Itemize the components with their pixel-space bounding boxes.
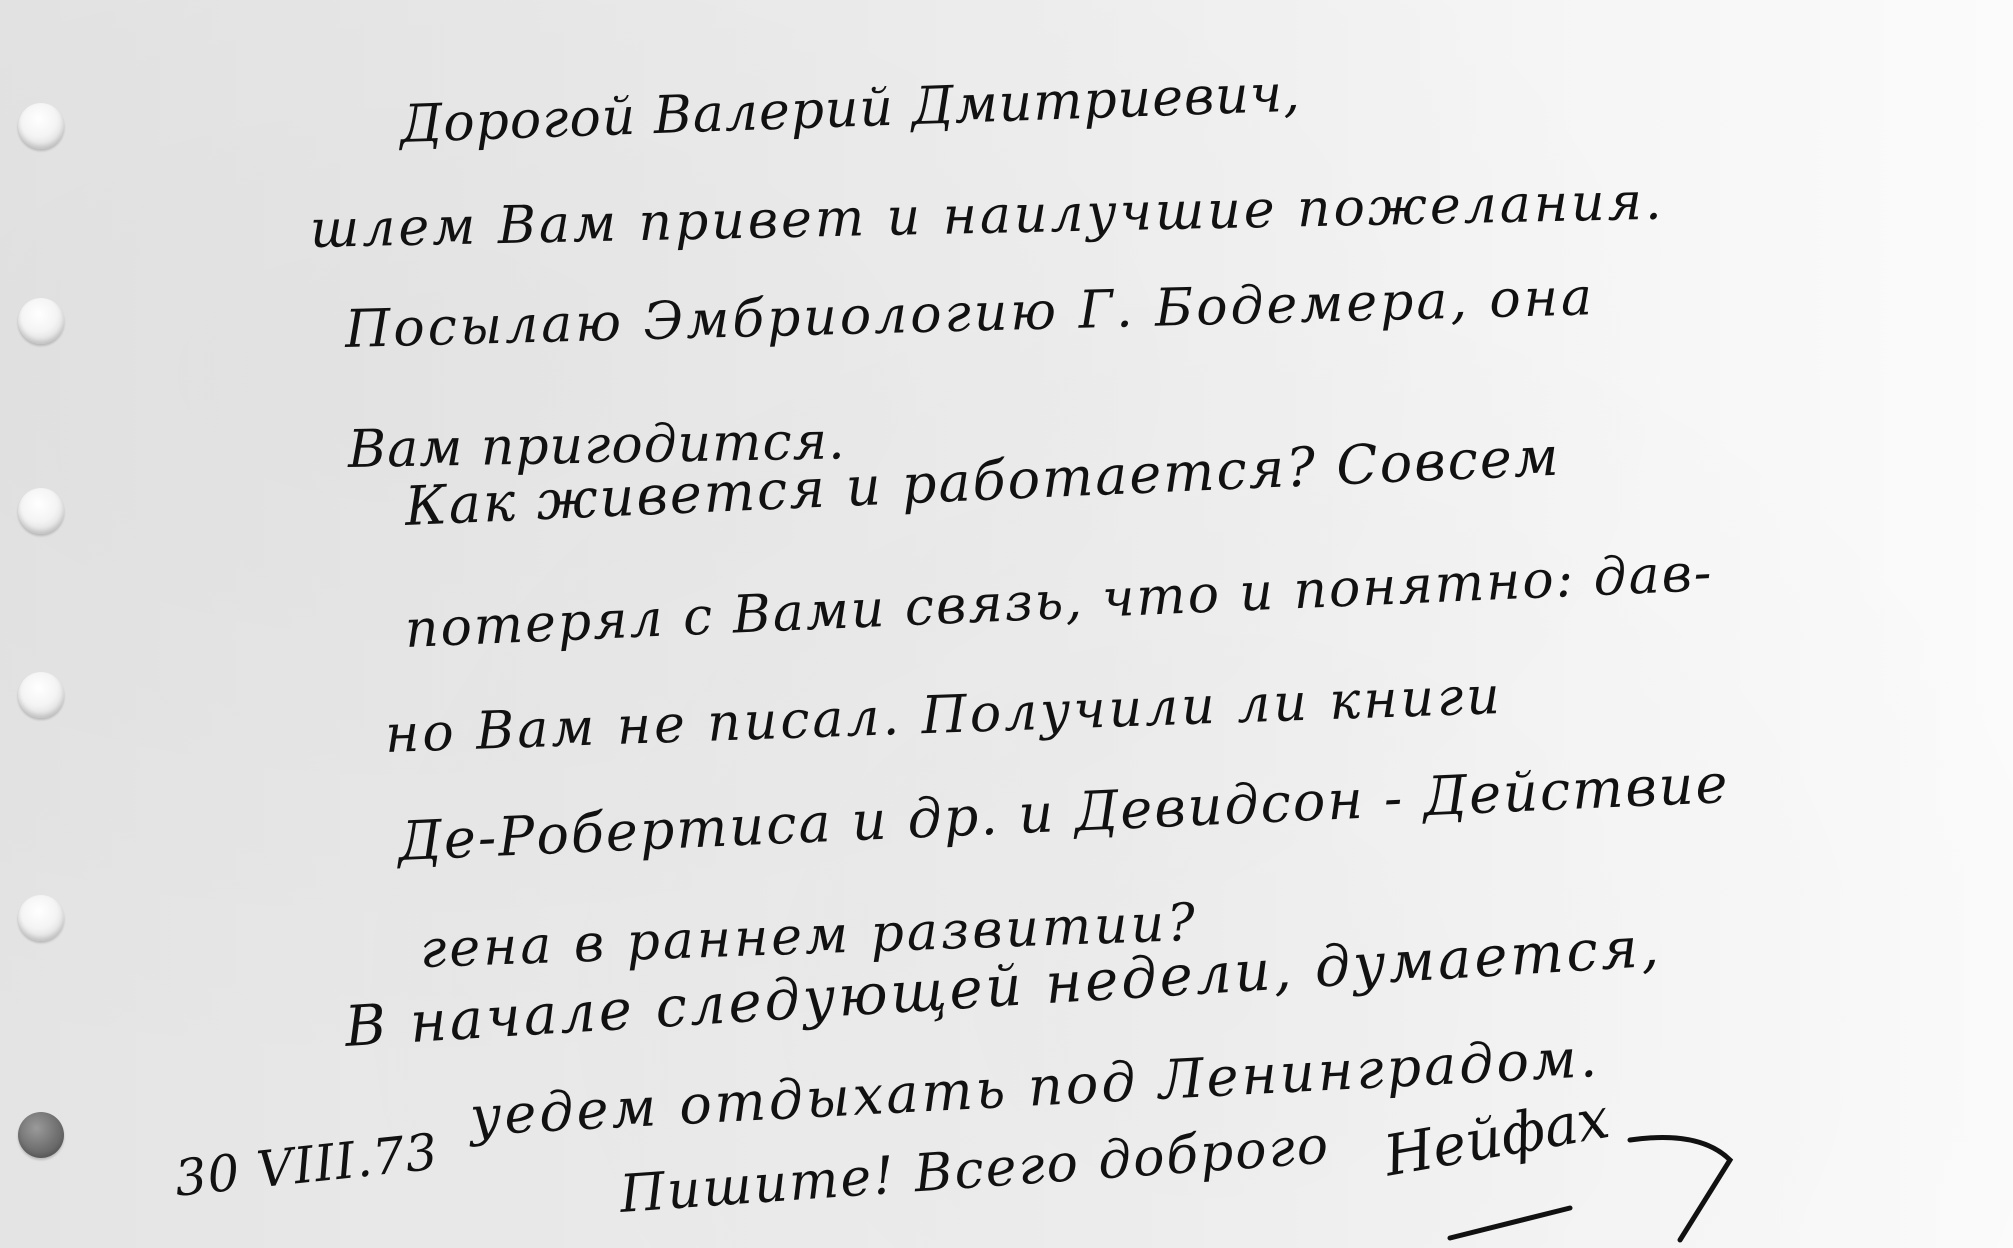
punch-hole xyxy=(18,895,64,941)
letter-line: но Вам не писал. Получили ли книги xyxy=(384,666,1504,765)
letter-date: 30 VIII.73 xyxy=(172,1123,441,1208)
punch-hole xyxy=(18,1112,64,1158)
letter-line: шлем Вам привет и наилучшие пожелания. xyxy=(309,172,1665,260)
punch-hole xyxy=(18,672,64,718)
punch-hole xyxy=(18,488,64,534)
letter-line: Де-Робертиса и др. и Девидсон - Действие xyxy=(397,752,1731,873)
punch-hole xyxy=(18,298,64,344)
letter-salutation: Дорогой Валерий Дмитриевич, xyxy=(399,64,1302,155)
letter-line: потерял с Вами связь, что и понятно: дав… xyxy=(404,543,1715,660)
punch-hole xyxy=(18,103,64,149)
signature: Нейфах xyxy=(1379,1086,1614,1189)
letter-line: Посылаю Эмбриологию Г. Бодемера, она xyxy=(344,267,1595,360)
